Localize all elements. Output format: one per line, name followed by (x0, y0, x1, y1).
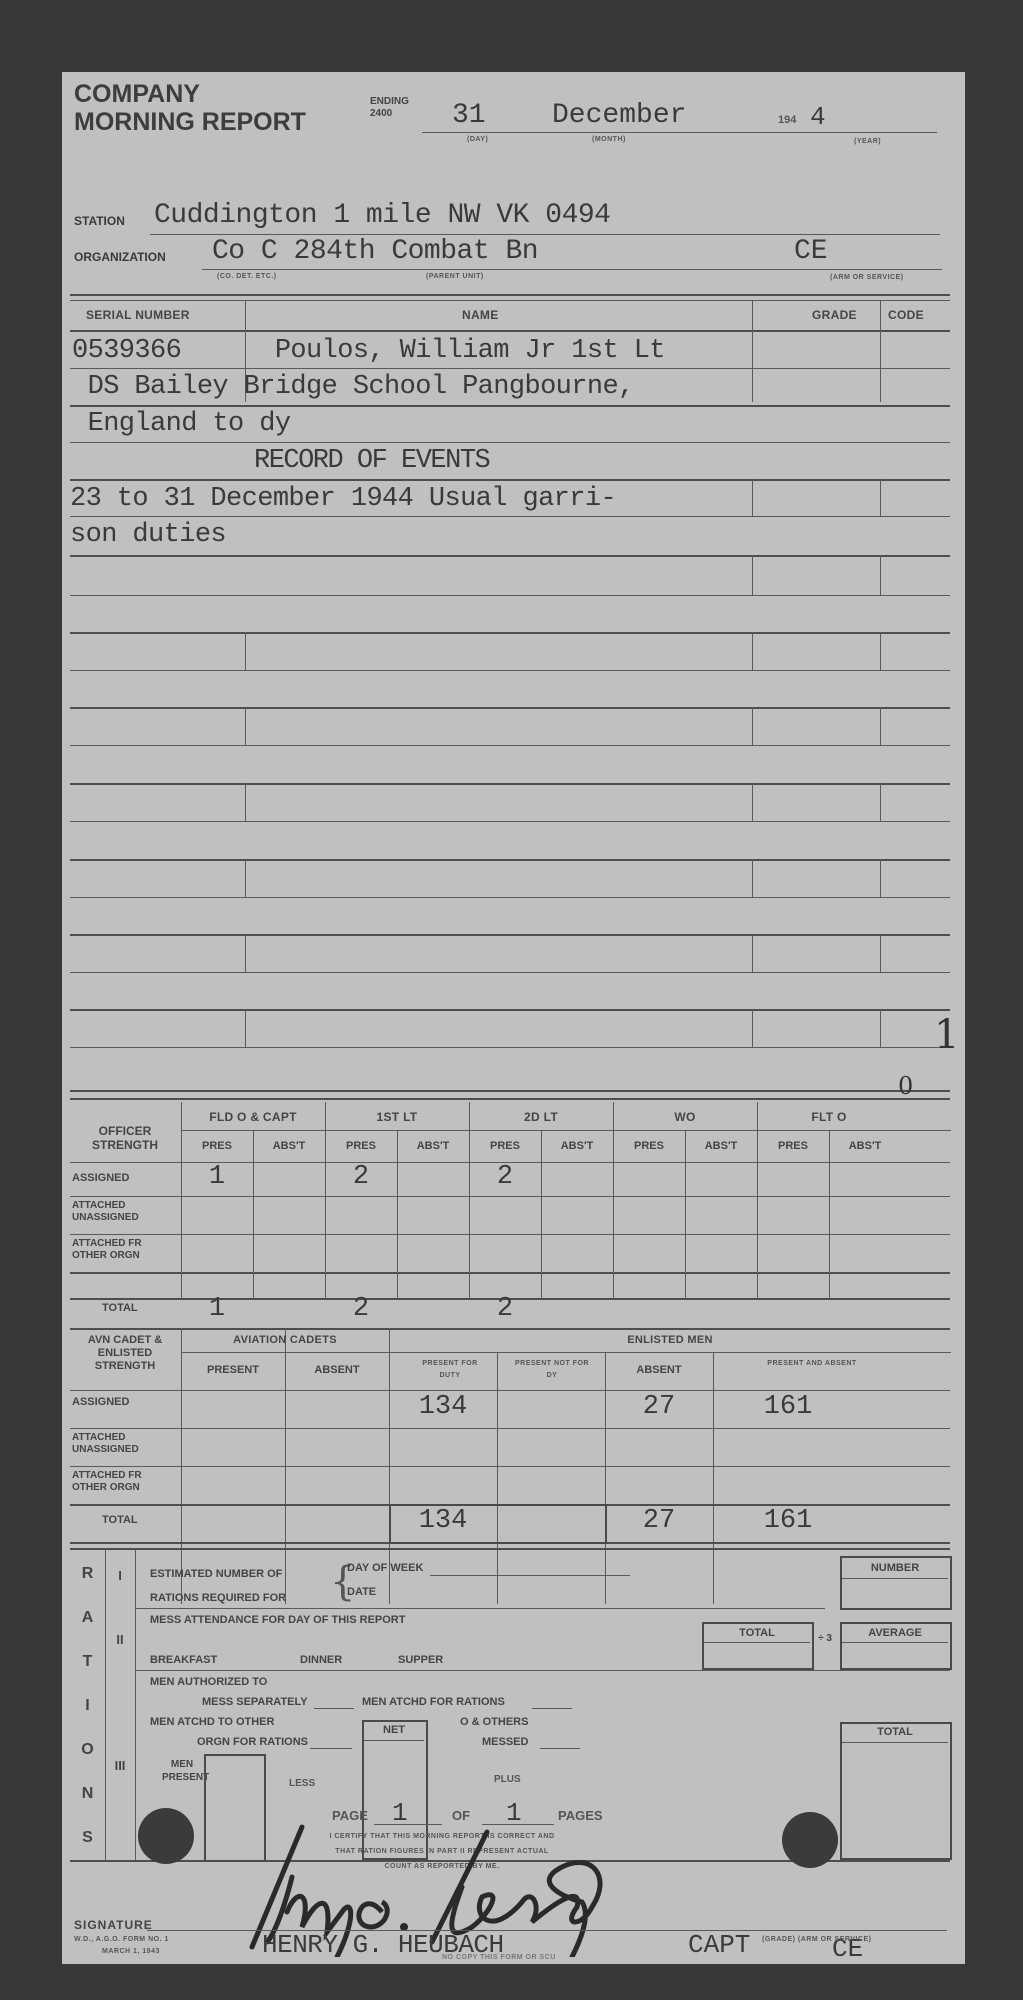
total-fld-pres: 1 (181, 1294, 253, 1324)
organization-label: ORGANIZATION (74, 250, 166, 264)
sub-pres: PRES (325, 1140, 397, 1152)
margin-mark-1: 1 (934, 1012, 959, 1058)
form-number: W.D., A.G.O. FORM NO. 1 (74, 1936, 169, 1943)
section-ii-number: II (105, 1632, 135, 1647)
total-present-for-duty: 134 (389, 1506, 497, 1536)
sub-pres: PRES (757, 1140, 829, 1152)
group-wo: WO (613, 1110, 757, 1124)
total-1stlt-pres: 2 (325, 1294, 397, 1324)
mess-attendance-title: MESS ATTENDANCE FOR DAY OF THIS REPORT (150, 1614, 405, 1626)
sub-present-and-absent: PRESENT AND ABSENT (762, 1358, 862, 1370)
entry-line-6: son duties (70, 520, 226, 550)
mess-separately-label: MESS SEPARATELY (202, 1696, 308, 1708)
entry-line-2: DS Bailey Bridge School Pangbourne, (72, 372, 634, 402)
plus-label: PLUS (494, 1774, 521, 1785)
sub-present-for-duty: PRESENT FOR DUTY (422, 1358, 478, 1382)
o-others-label: O & OTHERS (460, 1716, 528, 1728)
record-of-events-heading: RECORD OF EVENTS (254, 446, 489, 476)
row-label-assigned: ASSIGNED (72, 1172, 129, 1184)
average-label: AVERAGE (840, 1627, 950, 1639)
row-label-total: TOTAL (102, 1302, 138, 1314)
punch-hole-left (138, 1808, 194, 1864)
punch-hole-right (782, 1812, 838, 1868)
sub-cadets-absent: ABSENT (285, 1364, 389, 1376)
report-day: 31 (452, 100, 486, 131)
mess-total-label: TOTAL (702, 1627, 812, 1639)
assigned-absent: 27 (605, 1392, 713, 1422)
officer-strength-title: OFFICER STRENGTH (70, 1124, 180, 1152)
sub-present-not-for-duty: PRESENT NOT FOR DY (512, 1358, 592, 1382)
sub-abst: ABS'T (397, 1140, 469, 1152)
en-row-label-attached-fr-other: ATTACHED FR OTHER ORGN (72, 1470, 172, 1494)
sub-abst: ABS'T (541, 1140, 613, 1152)
ending-label: ENDING 2400 (370, 96, 409, 120)
arm-caption: (ARM OR SERVICE) (830, 274, 904, 281)
station-value: Cuddington 1 mile NW VK 0494 (154, 200, 610, 231)
assigned-present-and-absent: 161 (713, 1392, 863, 1422)
row-label-attached-unassigned: ATTACHED UNASSIGNED (72, 1200, 172, 1224)
section-iii-number: III (105, 1758, 135, 1773)
section-i-label: ESTIMATED NUMBER OF RATIONS REQUIRED FOR (150, 1562, 286, 1610)
day-of-week-label: DAY OF WEEK (347, 1562, 423, 1574)
en-row-label-attached-unassigned: ATTACHED UNASSIGNED (72, 1432, 172, 1456)
sub-pres: PRES (181, 1140, 253, 1152)
ending-text: ENDING (370, 96, 409, 108)
rations-total-label: TOTAL (840, 1726, 950, 1738)
dinner-label: DINNER (300, 1654, 342, 1666)
sub-enlisted-absent: ABSENT (605, 1364, 713, 1376)
supper-label: SUPPER (398, 1654, 443, 1666)
form-date: MARCH 1, 1943 (102, 1948, 160, 1955)
less-label: LESS (289, 1778, 315, 1789)
enlisted-strength-title: AVN CADET & ENLISTED STRENGTH (70, 1334, 180, 1373)
margin-mark-0: 0 (898, 1072, 913, 1100)
section-i-number: I (105, 1568, 135, 1583)
col-serial-number: SERIAL NUMBER (86, 308, 190, 322)
group-2d-lt: 2D LT (469, 1110, 613, 1124)
report-year: 4 (810, 102, 826, 132)
signature-label: SIGNATURE (74, 1918, 153, 1932)
rations-letter: O (70, 1728, 105, 1772)
rations-letter: T (70, 1640, 105, 1684)
parent-caption: (PARENT UNIT) (426, 273, 484, 280)
group-aviation-cadets: AVIATION CADETS (181, 1334, 389, 1346)
title-line2: MORNING REPORT (74, 108, 306, 136)
sub-abst: ABS'T (829, 1140, 901, 1152)
rations-letter: R (70, 1552, 105, 1596)
number-label: NUMBER (840, 1562, 950, 1574)
report-month: December (552, 100, 686, 131)
men-atchd-for-rations-label: MEN ATCHD FOR RATIONS (362, 1696, 505, 1708)
assigned-1stlt-pres: 2 (325, 1162, 397, 1192)
divide-by-three: ÷ 3 (818, 1632, 832, 1646)
station-label: STATION (74, 214, 125, 228)
en-row-label-assigned: ASSIGNED (72, 1396, 129, 1408)
organization-value: Co C 284th Combat Bn (212, 236, 538, 267)
men-present-label: MEN PRESENT (162, 1758, 202, 1784)
copy-note: NO COPY THIS FORM OR SCU (442, 1954, 556, 1961)
men-atchd-to-other-label: MEN ATCHD TO OTHER (150, 1716, 274, 1728)
men-word: MEN (162, 1758, 202, 1771)
form-title: COMPANY MORNING REPORT (74, 80, 306, 136)
breakfast-label: BREAKFAST (150, 1654, 217, 1666)
total-absent: 27 (605, 1506, 713, 1536)
orgn-for-rations-label: ORGN FOR RATIONS (197, 1736, 308, 1748)
rations-letter: S (70, 1816, 105, 1860)
messed-label: MESSED (482, 1736, 528, 1748)
rations-letter: I (70, 1684, 105, 1728)
group-fld-o-capt: FLD O & CAPT (181, 1110, 325, 1124)
signer-grade: CAPT (688, 1930, 750, 1960)
date-label: DATE (347, 1586, 376, 1598)
grade-arm-caption: (GRADE) (ARM OR SERVICE) (762, 1936, 871, 1943)
col-grade: GRADE (812, 308, 857, 322)
sub-abst: ABS'T (685, 1140, 757, 1152)
month-caption: (MONTH) (592, 136, 626, 143)
total-2dlt-pres: 2 (469, 1294, 541, 1324)
col-code: CODE (888, 308, 924, 322)
group-flt-o: FLT O (757, 1110, 901, 1124)
sub-abst: ABS'T (253, 1140, 325, 1152)
year-prefix: 194 (778, 114, 796, 126)
officer-subheaders: PRES ABS'T PRES ABS'T PRES ABS'T PRES AB… (181, 1140, 951, 1152)
assigned-fld-pres: 1 (181, 1162, 253, 1192)
year-caption: (YEAR) (854, 138, 881, 145)
organization-arm: CE (794, 236, 828, 267)
rations-required-for: RATIONS REQUIRED FOR (150, 1586, 286, 1610)
entry-line-3: England to dy (72, 409, 290, 439)
entry-line-1: 0539366 Poulos, William Jr 1st Lt (72, 336, 665, 366)
group-enlisted-men: ENLISTED MEN (389, 1334, 951, 1346)
assigned-2dlt-pres: 2 (469, 1162, 541, 1192)
col-name: NAME (462, 308, 499, 322)
sub-pres: PRES (469, 1140, 541, 1152)
men-authorized-label: MEN AUTHORIZED TO (150, 1676, 267, 1688)
rations-letter: N (70, 1772, 105, 1816)
present-word: PRESENT (162, 1771, 202, 1784)
morning-report-form: COMPANY MORNING REPORT ENDING 2400 31 De… (62, 72, 965, 1964)
co-caption: (CO. DET. ETC.) (217, 273, 277, 280)
net-label: NET (362, 1724, 426, 1736)
ending-time: 2400 (370, 108, 409, 120)
day-caption: (DAY) (467, 136, 488, 143)
title-line1: COMPANY (74, 80, 306, 108)
row-label-attached-fr-other: ATTACHED FR OTHER ORGN (72, 1238, 172, 1262)
sub-cadets-present: PRESENT (181, 1364, 285, 1376)
group-1st-lt: 1ST LT (325, 1110, 469, 1124)
rations-vertical-label: R A T I O N S (70, 1552, 105, 1860)
entry-line-5: 23 to 31 December 1944 Usual garri- (70, 484, 616, 514)
assigned-present-for-duty: 134 (389, 1392, 497, 1422)
en-row-label-total: TOTAL (102, 1514, 138, 1526)
rations-letter: A (70, 1596, 105, 1640)
total-present-and-absent: 161 (713, 1506, 863, 1536)
estimated-number-of: ESTIMATED NUMBER OF (150, 1562, 286, 1586)
sub-pres: PRES (613, 1140, 685, 1152)
